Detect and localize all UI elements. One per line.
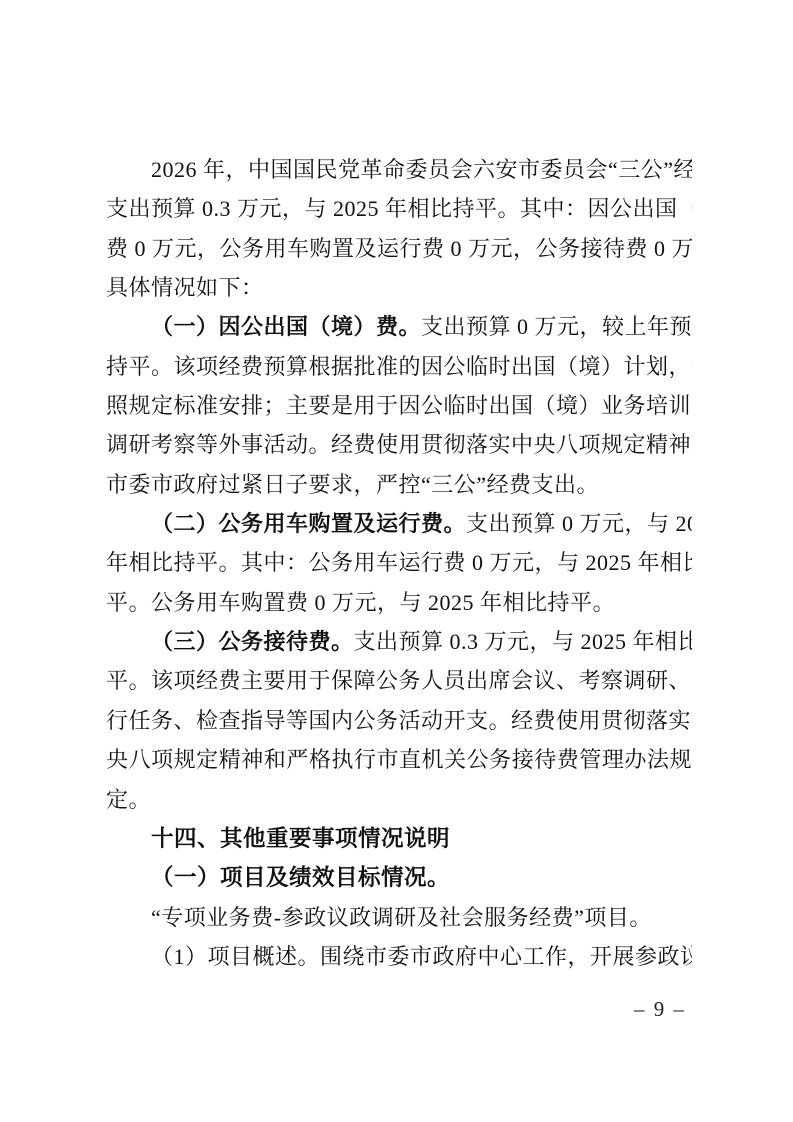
text-line: 费 0 万元，公务用车购置及运行费 0 万元，公务接待费 0 万元。 <box>106 229 692 268</box>
text-run: 行任务、检查指导等国内公务活动开支。经费使用贯彻落实中 <box>106 708 692 733</box>
text-run: 费 0 万元，公务用车购置及运行费 0 万元，公务接待费 0 万元。 <box>106 236 692 261</box>
text-line: 支出预算 0.3 万元，与 2025 年相比持平。其中：因公出国（境） <box>106 189 692 228</box>
text-run: 支出预算 0.3 万元，与 2025 年相比持平。其中：因公出国（境） <box>106 196 692 221</box>
bold-run: （一）项目及绩效目标情况。 <box>151 865 450 890</box>
text-run: 年相比持平。其中：公务用车运行费 0 万元，与 2025 年相比持 <box>106 550 692 575</box>
text-run: 照规定标准安排；主要是用于因公临时出国（境）业务培训、 <box>106 393 692 418</box>
text-run: “专项业务费-参政议政调研及社会服务经费”项目。 <box>151 905 652 930</box>
text-line: 2026 年，中国国民党革命委员会六安市委员会“三公”经费 <box>106 150 692 189</box>
document-page: 2026 年，中国国民党革命委员会六安市委员会“三公”经费支出预算 0.3 万元… <box>0 0 793 1122</box>
text-line: 央八项规定精神和严格执行市直机关公务接待费管理办法规 <box>106 740 692 779</box>
text-run: 支出预算 0 万元，与 2025 <box>466 511 692 536</box>
text-line: （一）因公出国（境）费。支出预算 0 万元，较上年预算 <box>106 307 692 346</box>
bold-run: 十四、其他重要事项情况说明 <box>151 826 450 851</box>
text-line: 具体情况如下： <box>106 268 692 307</box>
document-body: 2026 年，中国国民党革命委员会六安市委员会“三公”经费支出预算 0.3 万元… <box>106 150 692 976</box>
section-heading-line: 十四、其他重要事项情况说明 <box>106 819 692 858</box>
text-line: 平。该项经费主要用于保障公务人员出席会议、考察调研、执 <box>106 661 692 700</box>
bold-run: （二）公务用车购置及运行费。 <box>151 511 466 536</box>
text-line: （三）公务接待费。支出预算 0.3 万元，与 2025 年相比持 <box>106 622 692 661</box>
text-line: 行任务、检查指导等国内公务活动开支。经费使用贯彻落实中 <box>106 701 692 740</box>
text-line: 调研考察等外事活动。经费使用贯彻落实中央八项规定精神和 <box>106 425 692 464</box>
text-line: 照规定标准安排；主要是用于因公临时出国（境）业务培训、 <box>106 386 692 425</box>
text-line: （二）公务用车购置及运行费。支出预算 0 万元，与 2025 <box>106 504 692 543</box>
text-run: 支出预算 0.3 万元，与 2025 年相比持 <box>354 629 692 654</box>
text-line: 持平。该项经费预算根据批准的因公临时出国（境）计划，按 <box>106 347 692 386</box>
text-run: 平。该项经费主要用于保障公务人员出席会议、考察调研、执 <box>106 668 692 693</box>
text-line: 平。公务用车购置费 0 万元，与 2025 年相比持平。 <box>106 583 692 622</box>
text-run: 市委市政府过紧日子要求，严控“三公”经费支出。 <box>106 472 599 497</box>
text-run: 央八项规定精神和严格执行市直机关公务接待费管理办法规 <box>106 747 692 772</box>
text-run: 平。公务用车购置费 0 万元，与 2025 年相比持平。 <box>106 590 615 615</box>
text-run: 持平。该项经费预算根据批准的因公临时出国（境）计划，按 <box>106 354 692 379</box>
page-number: – 9 – <box>106 994 692 1024</box>
text-run: 2026 年，中国国民党革命委员会六安市委员会“三公”经费 <box>151 157 692 182</box>
text-line: 定。 <box>106 780 692 819</box>
text-run: 支出预算 0 万元，较上年预算 <box>421 314 692 339</box>
text-run: （1）项目概述。围绕市委市政府中心工作，开展参政议政 <box>151 944 692 969</box>
bold-run: （三）公务接待费。 <box>151 629 354 654</box>
text-run: 调研考察等外事活动。经费使用贯彻落实中央八项规定精神和 <box>106 432 692 457</box>
text-line: “专项业务费-参政议政调研及社会服务经费”项目。 <box>106 898 692 937</box>
text-line: （1）项目概述。围绕市委市政府中心工作，开展参政议政 <box>106 937 692 976</box>
bold-run: （一）因公出国（境）费。 <box>151 314 421 339</box>
section-heading-line: （一）项目及绩效目标情况。 <box>106 858 692 897</box>
text-run: 定。 <box>106 787 151 812</box>
text-line: 市委市政府过紧日子要求，严控“三公”经费支出。 <box>106 465 692 504</box>
text-run: 具体情况如下： <box>106 275 264 300</box>
text-line: 年相比持平。其中：公务用车运行费 0 万元，与 2025 年相比持 <box>106 543 692 582</box>
